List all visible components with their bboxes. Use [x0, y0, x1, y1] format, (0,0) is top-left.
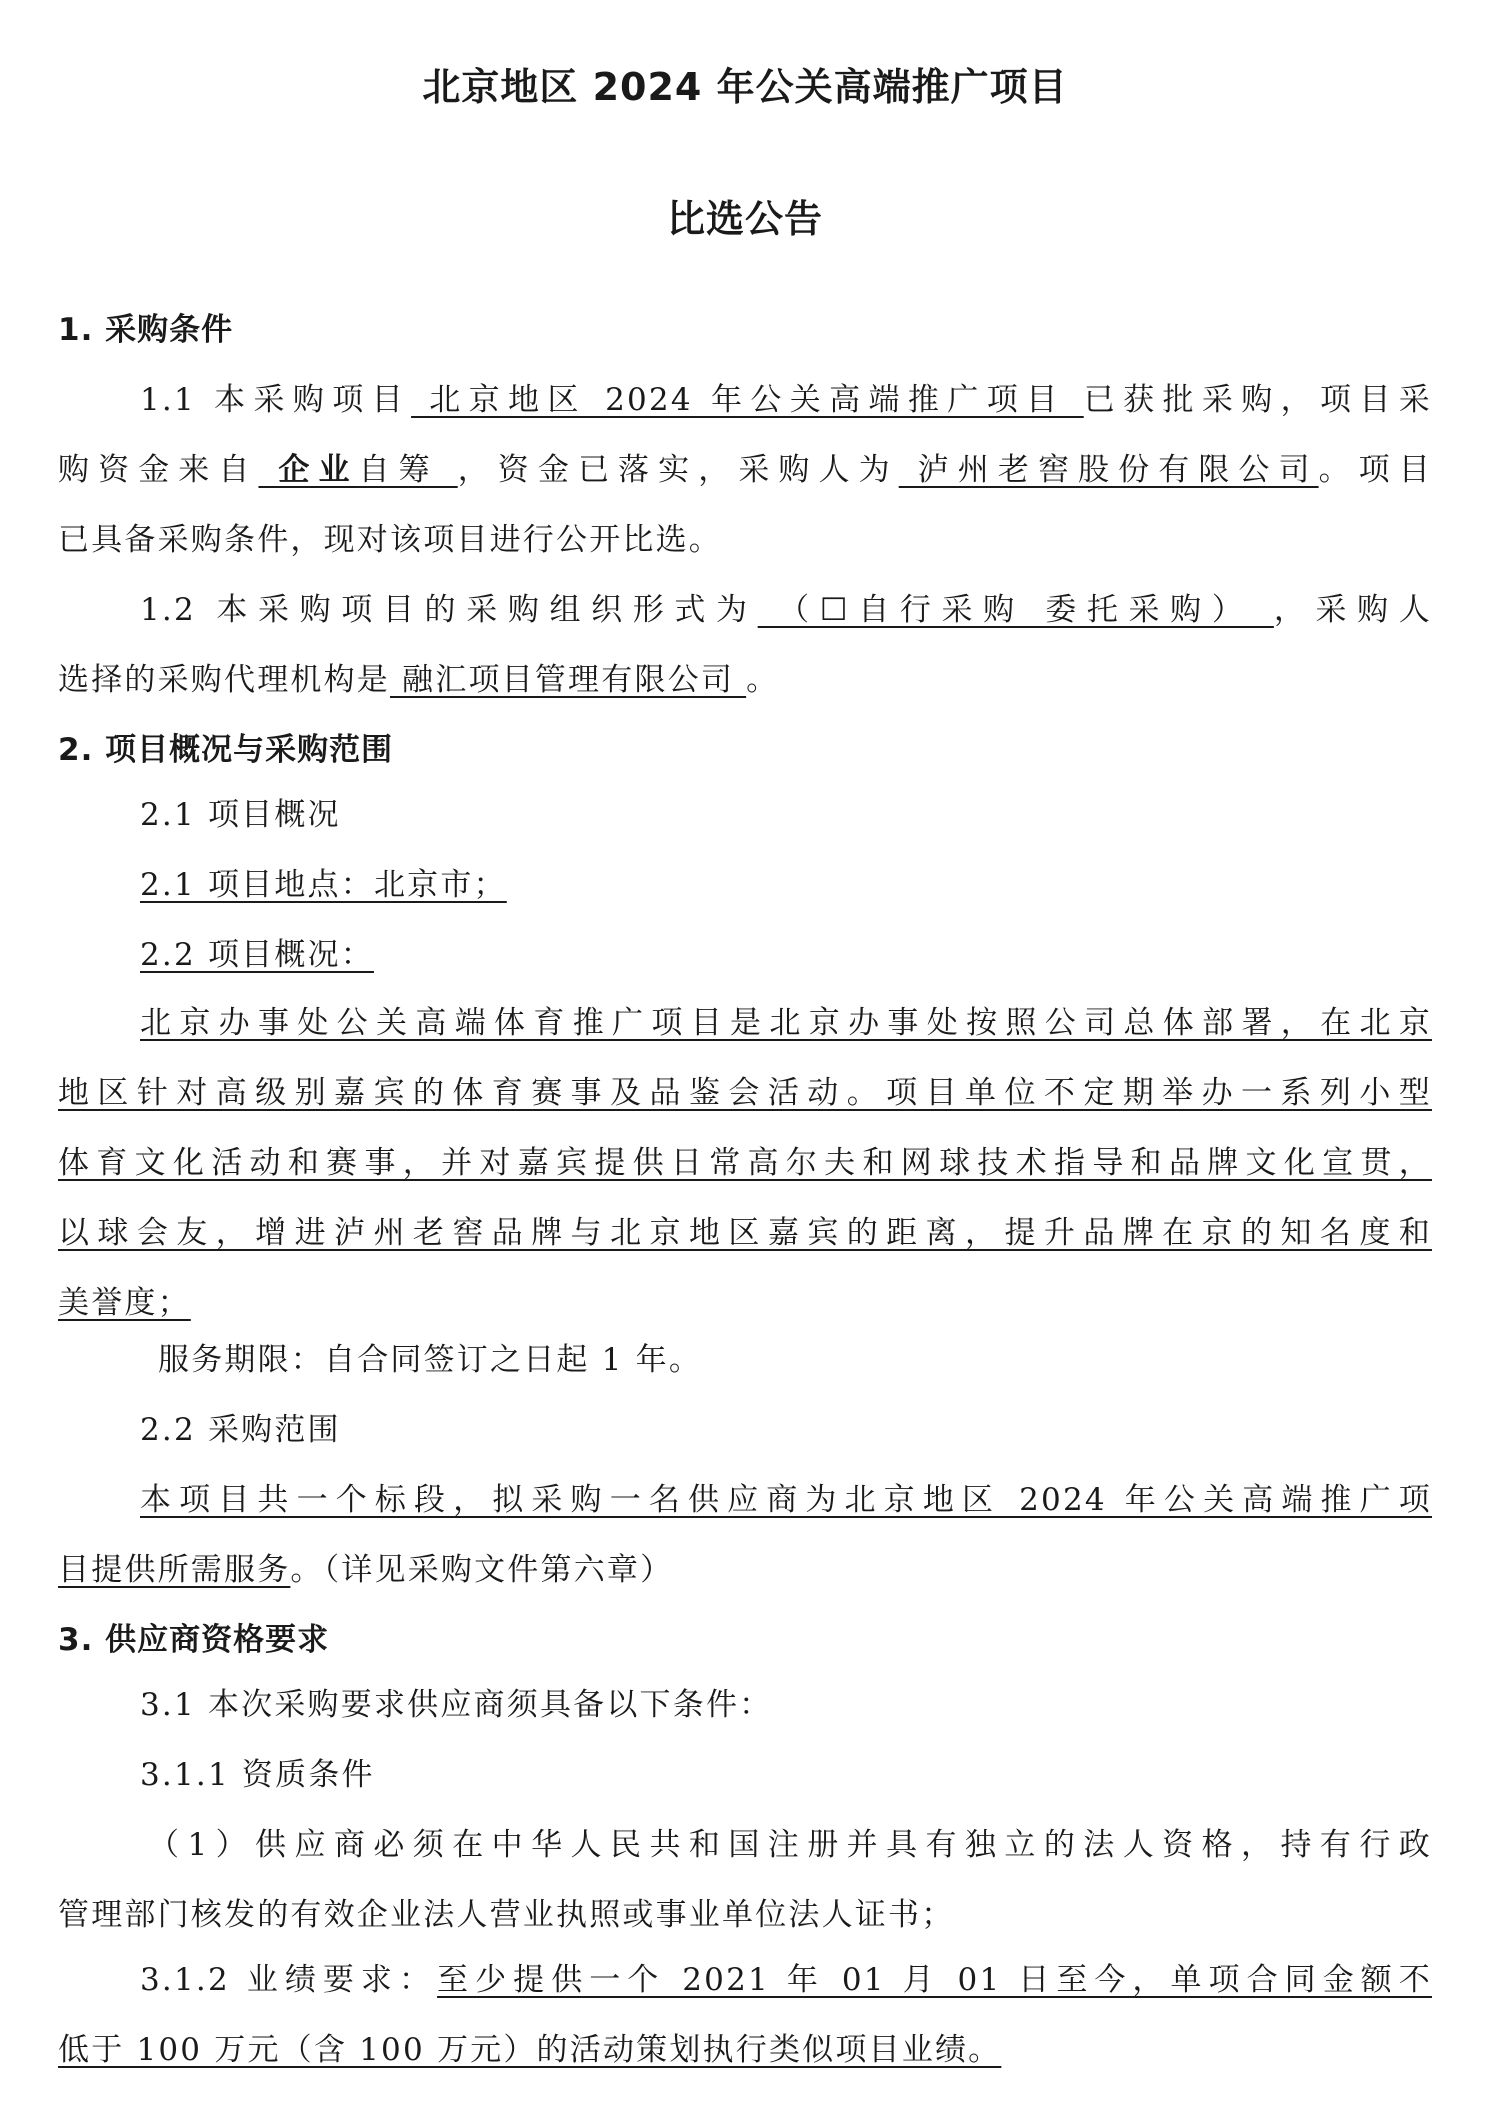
purchaser-name: 泸州老窖股份有限公司 [899, 452, 1319, 488]
overview-text: 体育文化活动和赛事，并对嘉宾提供日常高尔夫和网球技术指导和品牌文化宣贯， [58, 1145, 1432, 1181]
overview-line-1: 北京办事处公关高端体育推广项目是北京办事处按照公司总体部署，在北京 [58, 1003, 1432, 1043]
clause-1-1-prefix: 1.1 本采购项目 [140, 382, 411, 418]
line-end: 。 [746, 662, 779, 698]
agency-label: 选择的采购代理机构是 [58, 662, 390, 698]
requirement-1-line-1: （1）供应商必须在中华人民共和国注册并具有独立的法人资格，持有行政 [58, 1825, 1432, 1865]
clause-1-1-line-2: 购资金来自 企业自筹 ，资金已落实，采购人为 泸州老窖股份有限公司。项目 [58, 450, 1432, 490]
section-1-heading: 1. 采购条件 [58, 310, 1432, 350]
procurement-form-label: 1.2 本采购项目的采购组织形式为 [140, 592, 758, 628]
scope-text: 目提供所需服务 [58, 1552, 290, 1588]
overview-line-5: 美誉度； [58, 1283, 1432, 1323]
section-3-heading: 3. 供应商资格要求 [58, 1620, 1432, 1660]
line-end: 。项目 [1319, 452, 1432, 488]
clause-1-2-line-2: 选择的采购代理机构是 融汇项目管理有限公司 。 [58, 660, 1432, 700]
overview-line-2: 地区针对高级别嘉宾的体育赛事及品鉴会活动。项目单位不定期举办一系列小型 [58, 1073, 1432, 1113]
section-2-heading: 2. 项目概况与采购范围 [58, 730, 1432, 770]
clause-1-1-line-3: 已具备采购条件，现对该项目进行公开比选。 [58, 520, 1432, 560]
clause-3-1: 3.1 本次采购要求供应商须具备以下条件： [58, 1685, 1432, 1725]
overview-text: 以球会友，增进泸州老窖品牌与北京地区嘉宾的距离，提升品牌在京的知名度和 [58, 1215, 1432, 1251]
overview-text: 北京办事处公关高端体育推广项目是北京办事处按照公司总体部署，在北京 [140, 1005, 1432, 1041]
project-location: 2.1 项目地点：北京市； [58, 865, 1432, 905]
funding-source-bold: 企业 [258, 452, 358, 488]
performance-requirement: 至少提供一个 2021 年 01 月 01 日至今，单项合同金额不 [437, 1962, 1432, 1998]
requirement-1-line-2: 管理部门核发的有效企业法人营业执照或事业单位法人证书； [58, 1895, 1432, 1935]
funding-source: 自筹 [359, 452, 458, 488]
clause-1-2-line-1: 1.2 本采购项目的采购组织形式为 （☐自行采购 委托采购） ，采购人 [58, 590, 1432, 630]
funding-label: 购资金来自 [58, 452, 258, 488]
overview-heading-text: 2.2 项目概况： [140, 937, 374, 973]
clause-2-2-overview-heading: 2.2 项目概况： [58, 935, 1432, 975]
service-period: 服务期限：自合同签订之日起 1 年。 [58, 1340, 1432, 1380]
line-end: ，采购人 [1274, 592, 1432, 628]
overview-text: 地区针对高级别嘉宾的体育赛事及品鉴会活动。项目单位不定期举办一系列小型 [58, 1075, 1432, 1111]
agency-name: 融汇项目管理有限公司 [390, 662, 746, 698]
performance-requirement: 低于 100 万元（含 100 万元）的活动策划执行类似项目业绩。 [58, 2032, 1001, 2068]
clause-3-1-1: 3.1.1 资质条件 [58, 1755, 1432, 1795]
clause-2-1-heading: 2.1 项目概况 [58, 795, 1432, 835]
purchaser-label: ，资金已落实，采购人为 [458, 452, 899, 488]
overview-text: 美誉度； [58, 1285, 191, 1321]
scope-text: 本项目共一个标段，拟采购一名供应商为北京地区 2024 年公关高端推广项 [140, 1482, 1432, 1518]
clause-3-1-2-line-2: 低于 100 万元（含 100 万元）的活动策划执行类似项目业绩。 [58, 2030, 1432, 2070]
clause-2-2-scope-heading: 2.2 采购范围 [58, 1410, 1432, 1450]
overview-line-4: 以球会友，增进泸州老窖品牌与北京地区嘉宾的距离，提升品牌在京的知名度和 [58, 1213, 1432, 1253]
clause-1-1-mid: 已获批采购，项目采 [1084, 382, 1432, 418]
project-name: 北京地区 2024 年公关高端推广项目 [411, 382, 1084, 418]
performance-label: 3.1.2 业绩要求： [140, 1962, 437, 1998]
scope-line-1: 本项目共一个标段，拟采购一名供应商为北京地区 2024 年公关高端推广项 [58, 1480, 1432, 1520]
procurement-form: （☐自行采购 委托采购） [758, 592, 1274, 628]
clause-1-1-line-1: 1.1 本采购项目 北京地区 2024 年公关高端推广项目 已获批采购，项目采 [58, 380, 1432, 420]
scope-line-2: 目提供所需服务。（详见采购文件第六章） [58, 1550, 1432, 1590]
document-subtitle: 比选公告 [58, 188, 1432, 243]
overview-line-3: 体育文化活动和赛事，并对嘉宾提供日常高尔夫和网球技术指导和品牌文化宣贯， [58, 1143, 1432, 1183]
project-location-text: 2.1 项目地点：北京市； [140, 867, 507, 903]
scope-reference: 。（详见采购文件第六章） [290, 1552, 673, 1588]
clause-3-1-2-line-1: 3.1.2 业绩要求：至少提供一个 2021 年 01 月 01 日至今，单项合… [58, 1960, 1432, 2000]
document-title: 北京地区 2024 年公关高端推广项目 [58, 56, 1432, 111]
